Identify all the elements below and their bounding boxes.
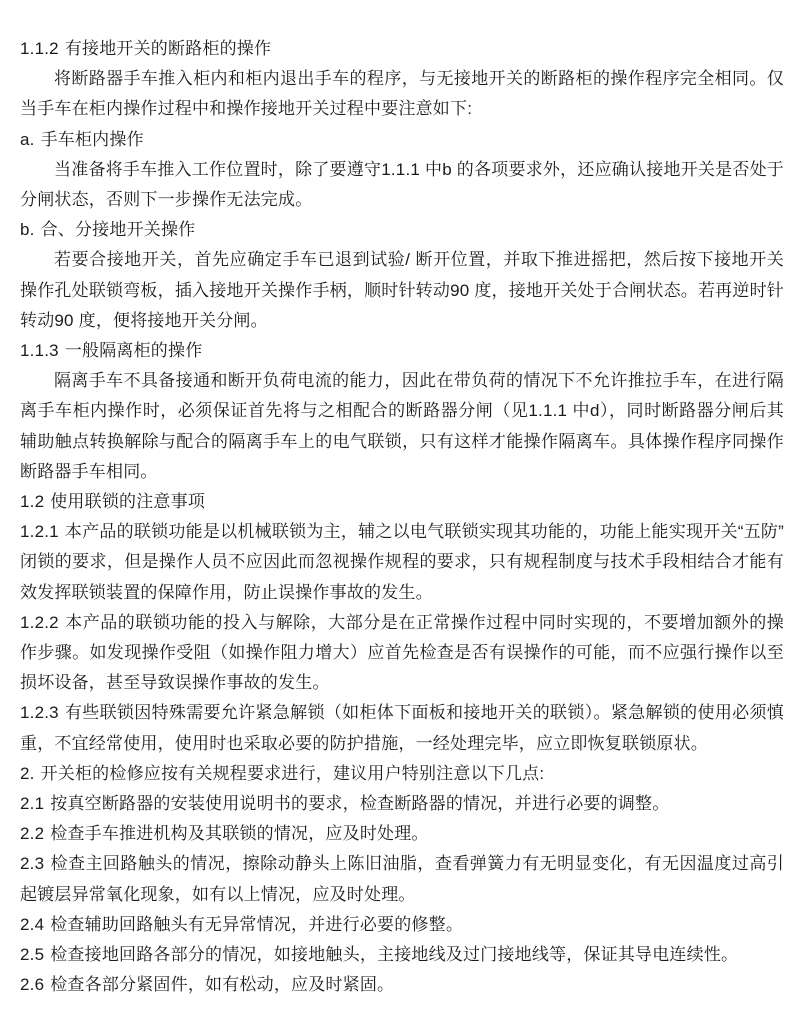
section-number: 1.2	[20, 492, 50, 511]
heading-text: 合、分接地开关操作	[41, 220, 196, 239]
heading-text: 一般隔离柜的操作	[65, 341, 203, 360]
heading-text: 有接地开关的断路柜的操作	[65, 39, 271, 58]
heading-item-b: b.合、分接地开关操作	[20, 215, 784, 245]
section-number: 1.1.3	[20, 341, 65, 360]
paragraph-text: 按真空断路器的安装使用说明书的要求，检查断路器的情况，并进行必要的调整。	[50, 794, 669, 813]
heading-item-a: a.手车柜内操作	[20, 125, 784, 155]
heading-text: 手车柜内操作	[41, 130, 144, 149]
paragraph-text: 隔离手车不具备接通和断开负荷电流的能力，因此在带负荷的情况下不允许推拉手车，在进…	[20, 371, 784, 481]
item-letter: a.	[20, 130, 41, 149]
paragraph-text: 当准备将手车推入工作位置时，除了要遵守1.1.1 中b 的各项要求外，还应确认接…	[20, 160, 784, 209]
paragraph-text: 本产品的联锁功能是以机械联锁为主，辅之以电气联锁实现其功能的，功能上能实现开关“…	[20, 522, 784, 601]
heading-1-1-2: 1.1.2有接地开关的断路柜的操作	[20, 34, 784, 64]
paragraph-text: 检查手车推进机构及其联锁的情况，应及时处理。	[50, 824, 428, 843]
item-letter: b.	[20, 220, 41, 239]
paragraph-text: 将断路器手车推入柜内和柜内退出手车的程序，与无接地开关的断路柜的操作程序完全相同…	[20, 69, 784, 118]
heading-1-2: 1.2使用联锁的注意事项	[20, 487, 784, 517]
paragraph-text: 若要合接地开关，首先应确定手车已退到试验/ 断开位置，并取下推进摇把，然后按下接…	[20, 250, 784, 329]
section-number: 2.3	[20, 854, 50, 873]
paragraph-2-6: 2.6检查各部分紧固件，如有松动，应及时紧固。	[20, 970, 784, 1000]
paragraph-breaker-cabinet-intro: 将断路器手车推入柜内和柜内退出手车的程序，与无接地开关的断路柜的操作程序完全相同…	[20, 64, 784, 124]
heading-2: 2.开关柜的检修应按有关规程要求进行，建议用户特别注意以下几点:	[20, 759, 784, 789]
paragraph-item-a-body: 当准备将手车推入工作位置时，除了要遵守1.1.1 中b 的各项要求外，还应确认接…	[20, 155, 784, 215]
heading-text: 使用联锁的注意事项	[50, 492, 205, 511]
section-number: 1.2.3	[20, 703, 65, 722]
paragraph-text: 检查主回路触头的情况，擦除动静头上陈旧油脂，查看弹簧力有无明显变化，有无因温度过…	[20, 854, 784, 903]
section-number: 2.6	[20, 975, 50, 994]
paragraph-text: 检查各部分紧固件，如有松动，应及时紧固。	[50, 975, 394, 994]
section-number: 1.2.2	[20, 613, 65, 632]
paragraph-1-2-3: 1.2.3有些联锁因特殊需要允许紧急解锁（如柜体下面板和接地开关的联锁）。紧急解…	[20, 698, 784, 758]
paragraph-1-2-2: 1.2.2本产品的联锁功能的投入与解除，大部分是在正常操作过程中同时实现的，不要…	[20, 608, 784, 699]
paragraph-text: 检查接地回路各部分的情况，如接地触头，主接地线及过门接地线等，保证其导电连续性。	[50, 945, 738, 964]
paragraph-text: 有些联锁因特殊需要允许紧急解锁（如柜体下面板和接地开关的联锁）。紧急解锁的使用必…	[20, 703, 784, 752]
document-page: 1.1.2有接地开关的断路柜的操作 将断路器手车推入柜内和柜内退出手车的程序，与…	[0, 0, 800, 1009]
section-number: 2.5	[20, 945, 50, 964]
section-number: 2.2	[20, 824, 50, 843]
paragraph-isolation-cabinet: 隔离手车不具备接通和断开负荷电流的能力，因此在带负荷的情况下不允许推拉手车，在进…	[20, 366, 784, 487]
section-number: 2.	[20, 764, 41, 783]
section-number: 2.1	[20, 794, 50, 813]
section-number: 1.1.2	[20, 39, 65, 58]
heading-1-1-3: 1.1.3一般隔离柜的操作	[20, 336, 784, 366]
paragraph-2-1: 2.1按真空断路器的安装使用说明书的要求，检查断路器的情况，并进行必要的调整。	[20, 789, 784, 819]
section-number: 2.4	[20, 915, 50, 934]
section-number: 1.2.1	[20, 522, 65, 541]
paragraph-2-4: 2.4检查辅助回路触头有无异常情况，并进行必要的修整。	[20, 910, 784, 940]
paragraph-1-2-1: 1.2.1本产品的联锁功能是以机械联锁为主，辅之以电气联锁实现其功能的，功能上能…	[20, 517, 784, 608]
paragraph-item-b-body: 若要合接地开关，首先应确定手车已退到试验/ 断开位置，并取下推进摇把，然后按下接…	[20, 245, 784, 336]
paragraph-text: 开关柜的检修应按有关规程要求进行，建议用户特别注意以下几点:	[41, 764, 545, 783]
paragraph-text: 检查辅助回路触头有无异常情况，并进行必要的修整。	[50, 915, 463, 934]
paragraph-text: 本产品的联锁功能的投入与解除，大部分是在正常操作过程中同时实现的，不要增加额外的…	[20, 613, 784, 692]
paragraph-2-3: 2.3检查主回路触头的情况，擦除动静头上陈旧油脂，查看弹簧力有无明显变化，有无因…	[20, 849, 784, 909]
paragraph-2-2: 2.2检查手车推进机构及其联锁的情况，应及时处理。	[20, 819, 784, 849]
paragraph-2-5: 2.5检查接地回路各部分的情况，如接地触头，主接地线及过门接地线等，保证其导电连…	[20, 940, 784, 970]
